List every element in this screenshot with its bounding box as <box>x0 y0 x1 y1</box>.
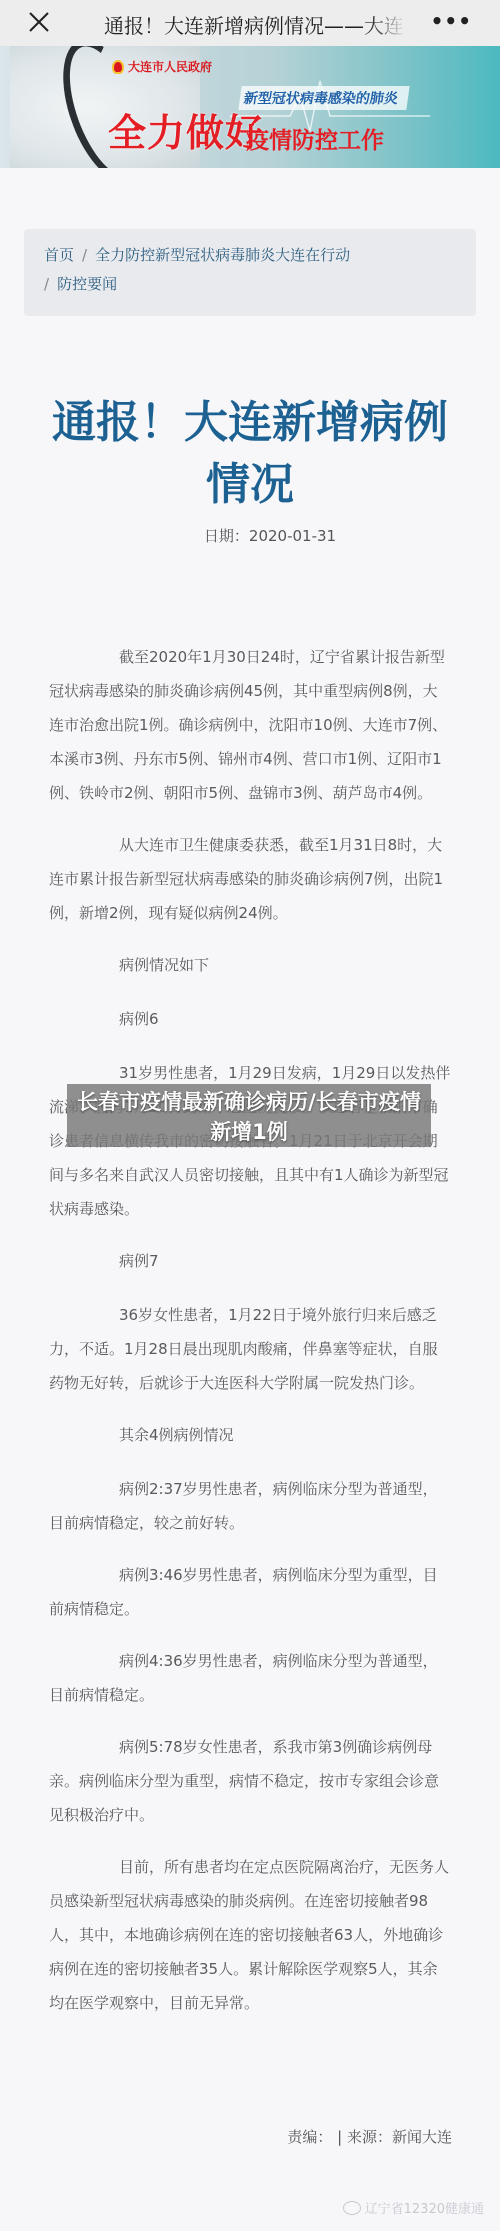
paragraph: 截至2020年1月30日24时，辽宁省累计报告新型冠状病毒感染的肺炎确诊病例45… <box>49 640 451 810</box>
breadcrumb-separator: / <box>82 246 87 264</box>
paragraph: 病例5:78岁女性患者，系我市第3例确诊病例母亲。病例临床分型为重型，病情不稳定… <box>49 1730 451 1832</box>
article-title: 通报！大连新增病例情况 <box>0 392 500 516</box>
paragraph: 36岁女性患者，1月22日于境外旅行归来后感乏力，不适。1月28日晨出现肌肉酸痛… <box>49 1298 451 1400</box>
watermark: 辽宁省12320健康通 <box>343 2198 484 2217</box>
breadcrumb: 首页/全力防控新型冠状病毒肺炎大连在行动/防控要闻 <box>24 229 476 316</box>
paragraph: 病例3:46岁男性患者，病例临床分型为重型，目前病情稳定。 <box>49 1558 451 1626</box>
wechat-icon <box>343 2201 361 2215</box>
breadcrumb-campaign[interactable]: 全力防控新型冠状病毒肺炎大连在行动 <box>95 246 350 264</box>
case-label: 病例7 <box>49 1244 451 1278</box>
breadcrumb-separator: / <box>44 275 49 293</box>
caption-overlay: 长春市疫情最新确诊病历/长春市疫情新增1例 <box>67 1084 431 1147</box>
paragraph: 目前，所有患者均在定点医院隔离治疗，无医务人员感染新型冠状病毒感染的肺炎病例。在… <box>49 1850 451 2020</box>
paragraph: 病例2:37岁男性患者，病例临床分型为普通型，目前病情稳定，较之前好转。 <box>49 1472 451 1540</box>
close-icon[interactable] <box>26 9 52 35</box>
more-icon[interactable]: ••• <box>431 14 472 28</box>
section-label: 病例情况如下 <box>49 948 451 982</box>
banner-slogan-big: 全力做好 <box>108 102 264 157</box>
section-label: 其余4例病例情况 <box>49 1418 451 1452</box>
page-title: 通报！大连新增病例情况——大连 <box>104 10 406 39</box>
article-footer: 责编： | 来源：新闻大连 <box>287 2126 452 2147</box>
browser-topbar: 通报！大连新增病例情况——大连 ••• <box>0 0 500 46</box>
case-label: 病例6 <box>49 1002 451 1036</box>
banner-image: 大连市人民政府 全力做好 新型冠状病毒感染的肺炎 疫情防控工作 <box>0 46 500 168</box>
breadcrumb-home[interactable]: 首页 <box>44 246 74 264</box>
breadcrumb-news[interactable]: 防控要闻 <box>57 275 117 293</box>
article-date: 日期：2020-01-31 <box>0 525 500 546</box>
paragraph: 病例4:36岁男性患者，病例临床分型为普通型，目前病情稳定。 <box>49 1644 451 1712</box>
gov-label: 大连市人民政府 <box>112 58 212 75</box>
paragraph: 从大连市卫生健康委获悉，截至1月31日8时，大连市累计报告新型冠状病毒感染的肺炎… <box>49 828 451 930</box>
banner-slogan-sub2: 疫情防控工作 <box>246 122 384 155</box>
banner-slogan-sub1: 新型冠状病毒感染的肺炎 <box>238 86 409 110</box>
national-emblem-icon <box>112 60 124 74</box>
article-body: 截至2020年1月30日24时，辽宁省累计报告新型冠状病毒感染的肺炎确诊病例45… <box>49 640 451 2038</box>
